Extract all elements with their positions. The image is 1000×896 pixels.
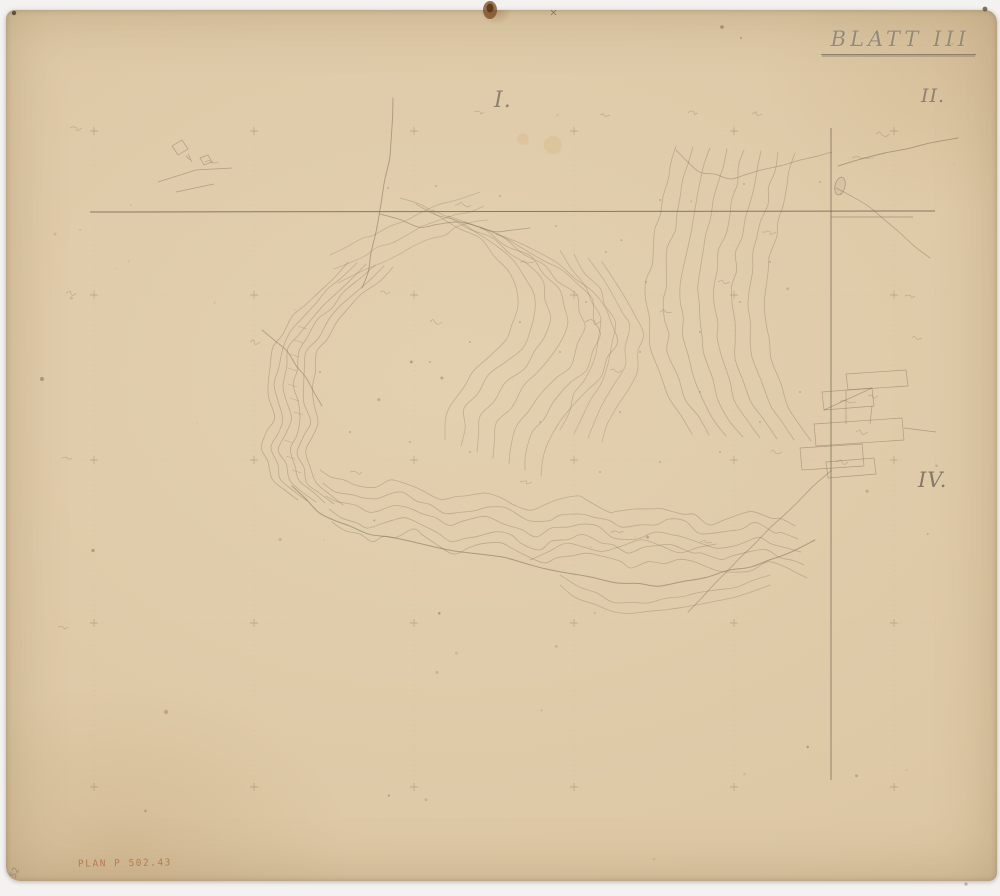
neighbor-label-right: IV. bbox=[918, 468, 947, 492]
paper-stains bbox=[12, 1, 988, 886]
neighbor-label-top-center: I. bbox=[494, 88, 512, 113]
neighbor-label-top-right: II. bbox=[921, 85, 945, 107]
sheet-title: BLATT III bbox=[821, 27, 976, 55]
map-canvas bbox=[0, 0, 1000, 896]
scanned-map-page: { "sheet": { "title": "BLATT III", "neig… bbox=[0, 0, 1000, 896]
archive-note: PLAN P 502.43 bbox=[78, 857, 172, 869]
pencil-linework bbox=[40, 37, 970, 860]
